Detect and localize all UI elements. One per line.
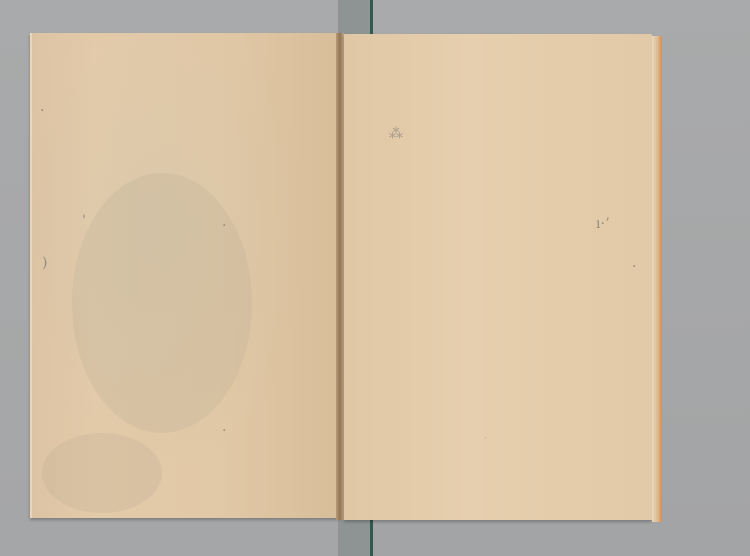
- left-page: · ' · · ): [30, 33, 340, 518]
- mark: ⁂: [389, 126, 403, 142]
- mark: ·: [40, 103, 44, 119]
- mark: ): [42, 255, 47, 271]
- paper-stain: [72, 173, 252, 433]
- book-gutter: [336, 33, 344, 520]
- mark: ·: [222, 423, 226, 439]
- right-page: ⁂ ı·ʼ · ·: [344, 34, 652, 520]
- mark: ': [82, 213, 86, 229]
- mark: ·: [632, 259, 636, 275]
- paper-stain: [42, 433, 162, 513]
- mark: ı·ʼ: [596, 216, 609, 232]
- mark: ·: [484, 434, 487, 443]
- book-cover-edge: [652, 36, 662, 522]
- mark: ·: [222, 218, 226, 234]
